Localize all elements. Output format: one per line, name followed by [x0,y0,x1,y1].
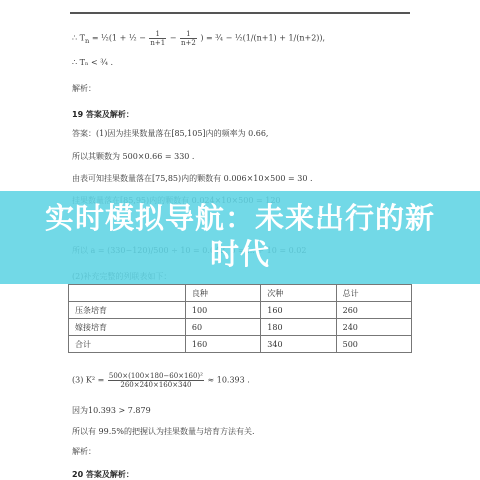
table-cell: 合计 [69,336,186,353]
contingency-table: 良种 次种 总计 压条培育 100 160 260 嫁接培育 60 180 24… [68,284,412,353]
table-cell: 160 [261,302,336,319]
table-cell: 总计 [336,285,411,302]
table-cell: 240 [336,319,411,336]
table-cell: 压条培育 [69,302,186,319]
q19-answer-line: 所以其颗数为 500×0.66 = 330 . [72,152,194,162]
banner-title: 实时模拟导航：未来出行的新 时代 [0,200,480,272]
analysis-label: 解析： [72,447,96,457]
table-cell: 次种 [261,285,336,302]
q19-answer-line: 由表可知挂果数量落在[75,85)内的颗数有 0.006×10×500 = 30… [72,174,313,184]
table-cell: 60 [185,319,260,336]
table-cell: 100 [185,302,260,319]
q20-heading: 20 答案及解析： [72,470,134,480]
table-cell: 160 [185,336,260,353]
table-cell: 260 [336,302,411,319]
comparison-line: 因为10.393 > 7.879 [72,406,151,416]
banner-title-line: 时代 [0,236,480,272]
table-row: 嫁接培育 60 180 240 [69,319,412,336]
conclusion-line: 所以有 99.5%的把握认为挂果数量与培育方法有关. [72,427,255,437]
analysis-label: 解析： [72,84,96,94]
banner-title-line: 实时模拟导航：未来出行的新 [0,200,480,236]
table-cell: 嫁接培育 [69,319,186,336]
table-header-row: 良种 次种 总计 [69,285,412,302]
q19-answer-line: 答案：(1)因为挂果数量落在[85,105]内的频率为 0.66, [72,129,268,139]
table-cell: 500 [336,336,411,353]
q19-heading: 19 答案及解析： [72,110,134,120]
tn-conclusion: ∴ Tₙ < ¾ . [72,58,113,68]
k2-formula: (3) K² = 500×(100×180−60×160)²260×240×16… [72,372,250,389]
table-cell: 340 [261,336,336,353]
table-cell: 良种 [185,285,260,302]
tn-formula: ∴ Tn = ½(1 + ½ − 1n+1 − 1n+2 ) = ¾ − ½(1… [72,30,325,47]
header-rule [70,12,410,14]
table-row: 压条培育 100 160 260 [69,302,412,319]
table-cell [69,285,186,302]
table-row: 合计 160 340 500 [69,336,412,353]
table-cell: 180 [261,319,336,336]
